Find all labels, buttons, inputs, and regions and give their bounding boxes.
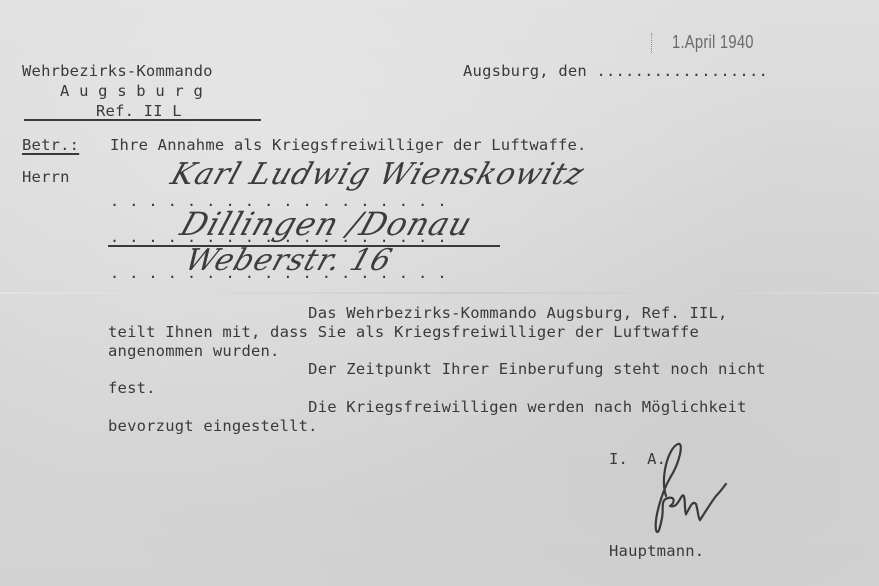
subject-label: Betr.: xyxy=(22,138,79,154)
recipient-name-handwritten: Karl Ludwig Wienskowitz xyxy=(167,160,588,190)
body-line-3: angenommen wurden. xyxy=(108,344,280,360)
body-line-1: Das Wehrbezirks-Kommando Augsburg, Ref. … xyxy=(108,306,728,322)
body-line-5: fest. xyxy=(108,381,156,397)
address-dot-line-3: . . . . . . . . . . . . . . . . . . xyxy=(110,264,447,282)
stamp-mark xyxy=(651,33,654,53)
date-stamp: 1.April 1940 xyxy=(672,32,754,53)
body-line-6: Die Kriegsfreiwilligen werden nach Mögli… xyxy=(108,400,747,416)
letterhead-office: Wehrbezirks-Kommando xyxy=(22,64,213,80)
body-line-4: Der Zeitpunkt Ihrer Einberufung steht no… xyxy=(108,362,766,378)
subject-text: Ihre Annahme als Kriegsfreiwilliger der … xyxy=(110,138,587,154)
body-line-2: teilt Ihnen mit, dass Sie als Kriegsfrei… xyxy=(108,325,699,341)
body-line-7: bevorzugt eingestellt. xyxy=(108,419,318,435)
signatory-rank: Hauptmann. xyxy=(609,544,704,560)
dateline: Augsburg, den .................. xyxy=(463,64,768,80)
signature-icon xyxy=(640,438,760,538)
letterhead-reference: Ref. II L xyxy=(96,104,182,120)
letterhead-city: A u g s b u r g xyxy=(60,84,203,100)
letterhead-rule xyxy=(24,119,261,121)
paper-fold xyxy=(0,292,879,294)
recipient-salutation: Herrn xyxy=(22,170,70,186)
